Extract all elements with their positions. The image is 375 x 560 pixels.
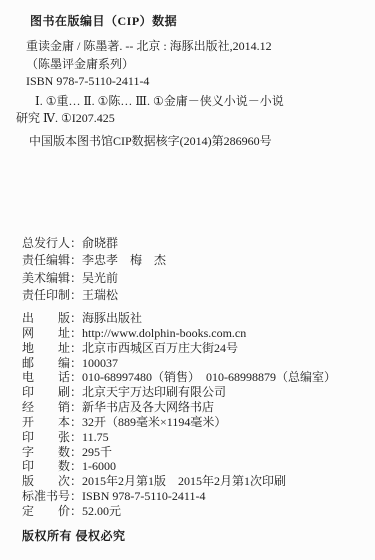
pub-value: 2015年2月第1版 2015年2月第1次印刷 (82, 474, 286, 488)
staff-value: 俞晓群 (82, 236, 118, 250)
pub-label: 出 版： (22, 311, 82, 325)
cip-series-line: （陈墨评金庸系列） (26, 56, 369, 74)
publication-section: 出 版：海豚出版社 网 址：http://www.dolphin-books.c… (22, 311, 369, 519)
pub-row: 印 刷：北京天宇万达印刷有限公司 (22, 385, 369, 400)
pub-row: 邮 编：100037 (22, 356, 369, 371)
pub-label: 经 销： (22, 400, 82, 414)
staff-label: 总发行人： (22, 236, 82, 250)
staff-row: 美术编辑：吴光前 (22, 270, 369, 287)
pub-value: 北京市西城区百万庄大街24号 (82, 341, 238, 355)
pub-label: 邮 编： (22, 356, 82, 370)
staff-label: 美术编辑： (22, 271, 82, 285)
staff-value: 吴光前 (82, 271, 118, 285)
cip-entry-line: 重读金庸 / 陈墨著. -- 北京 : 海豚出版社,2014.12 (26, 38, 369, 56)
cip-classification-line1: Ⅰ. ①重… Ⅱ. ①陈… Ⅲ. ①金庸－侠义小说－小说 (35, 93, 369, 110)
pub-row: 标准书号：ISBN 978-7-5110-2411-4 (22, 489, 369, 504)
pub-row: 字 数：295千 (22, 445, 369, 460)
staff-label: 责任印制： (22, 288, 82, 302)
pub-label: 地 址： (22, 341, 82, 355)
staff-value: 李忠孝 梅 杰 (82, 253, 166, 267)
staff-row: 责任编辑：李忠孝 梅 杰 (22, 252, 369, 269)
pub-label: 印 数： (22, 459, 82, 473)
pub-row: 开 本：32开（889毫米×1194毫米） (22, 415, 369, 430)
copyright-notice: 版权所有 侵权必究 (22, 529, 126, 544)
pub-label: 标准书号： (22, 489, 82, 503)
pub-row: 版 次：2015年2月第1版 2015年2月第1次印刷 (22, 474, 369, 489)
pub-label: 网 址： (22, 326, 82, 340)
pub-value: 295千 (82, 445, 112, 459)
pub-row: 定 价：52.00元 (22, 504, 369, 519)
pub-value: 1-6000 (82, 459, 116, 473)
pub-row: 印 张：11.75 (22, 430, 369, 445)
cip-title: 图书在版编目（CIP）数据 (30, 13, 369, 29)
cip-record-number: 中国版本图书馆CIP数据核字(2014)第286960号 (29, 133, 369, 149)
pub-label: 电 话： (22, 370, 82, 384)
pub-label: 印 刷： (22, 385, 82, 399)
pub-value: http://www.dolphin-books.com.cn (82, 326, 246, 340)
pub-row: 地 址：北京市西城区百万庄大街24号 (22, 341, 369, 356)
staff-section: 总发行人：俞晓群 责任编辑：李忠孝 梅 杰 美术编辑：吴光前 责任印制：王瑞松 (22, 235, 369, 304)
pub-label: 版 次： (22, 474, 82, 488)
pub-value: 32开（889毫米×1194毫米） (82, 415, 226, 429)
pub-row: 经 销：新华书店及各大网络书店 (22, 400, 369, 415)
staff-label: 责任编辑： (22, 253, 82, 267)
staff-value: 王瑞松 (82, 288, 118, 302)
pub-row: 印 数：1-6000 (22, 459, 369, 474)
pub-row: 出 版：海豚出版社 (22, 311, 369, 326)
copyright-page: 图书在版编目（CIP）数据 重读金庸 / 陈墨著. -- 北京 : 海豚出版社,… (0, 0, 375, 560)
pub-value: 010-68997480（销售） 010-68998879（总编室） (82, 370, 336, 384)
staff-row: 总发行人：俞晓群 (22, 235, 369, 252)
pub-row: 网 址：http://www.dolphin-books.com.cn (22, 326, 369, 341)
cip-isbn-line: ISBN 978-7-5110-2411-4 (26, 73, 369, 91)
pub-value: 100037 (82, 356, 118, 370)
pub-value: 11.75 (82, 430, 109, 444)
pub-label: 定 价： (22, 504, 82, 518)
cip-main-entry: 重读金庸 / 陈墨著. -- 北京 : 海豚出版社,2014.12 （陈墨评金庸… (26, 38, 369, 91)
pub-row: 电 话：010-68997480（销售） 010-68998879（总编室） (22, 370, 369, 385)
pub-value: 52.00元 (82, 504, 121, 518)
pub-value: 海豚出版社 (82, 311, 142, 325)
pub-value: ISBN 978-7-5110-2411-4 (82, 489, 205, 503)
staff-row: 责任印制：王瑞松 (22, 287, 369, 304)
cip-classification-line2: 研究 Ⅳ. ①I207.425 (16, 110, 369, 127)
pub-label: 印 张： (22, 430, 82, 444)
cip-section: 图书在版编目（CIP）数据 重读金庸 / 陈墨著. -- 北京 : 海豚出版社,… (16, 13, 369, 149)
pub-label: 字 数： (22, 445, 82, 459)
pub-label: 开 本： (22, 415, 82, 429)
pub-value: 新华书店及各大网络书店 (82, 400, 214, 414)
pub-value: 北京天宇万达印刷有限公司 (82, 385, 226, 399)
cip-classification: Ⅰ. ①重… Ⅱ. ①陈… Ⅲ. ①金庸－侠义小说－小说 研究 Ⅳ. ①I207… (16, 93, 369, 127)
